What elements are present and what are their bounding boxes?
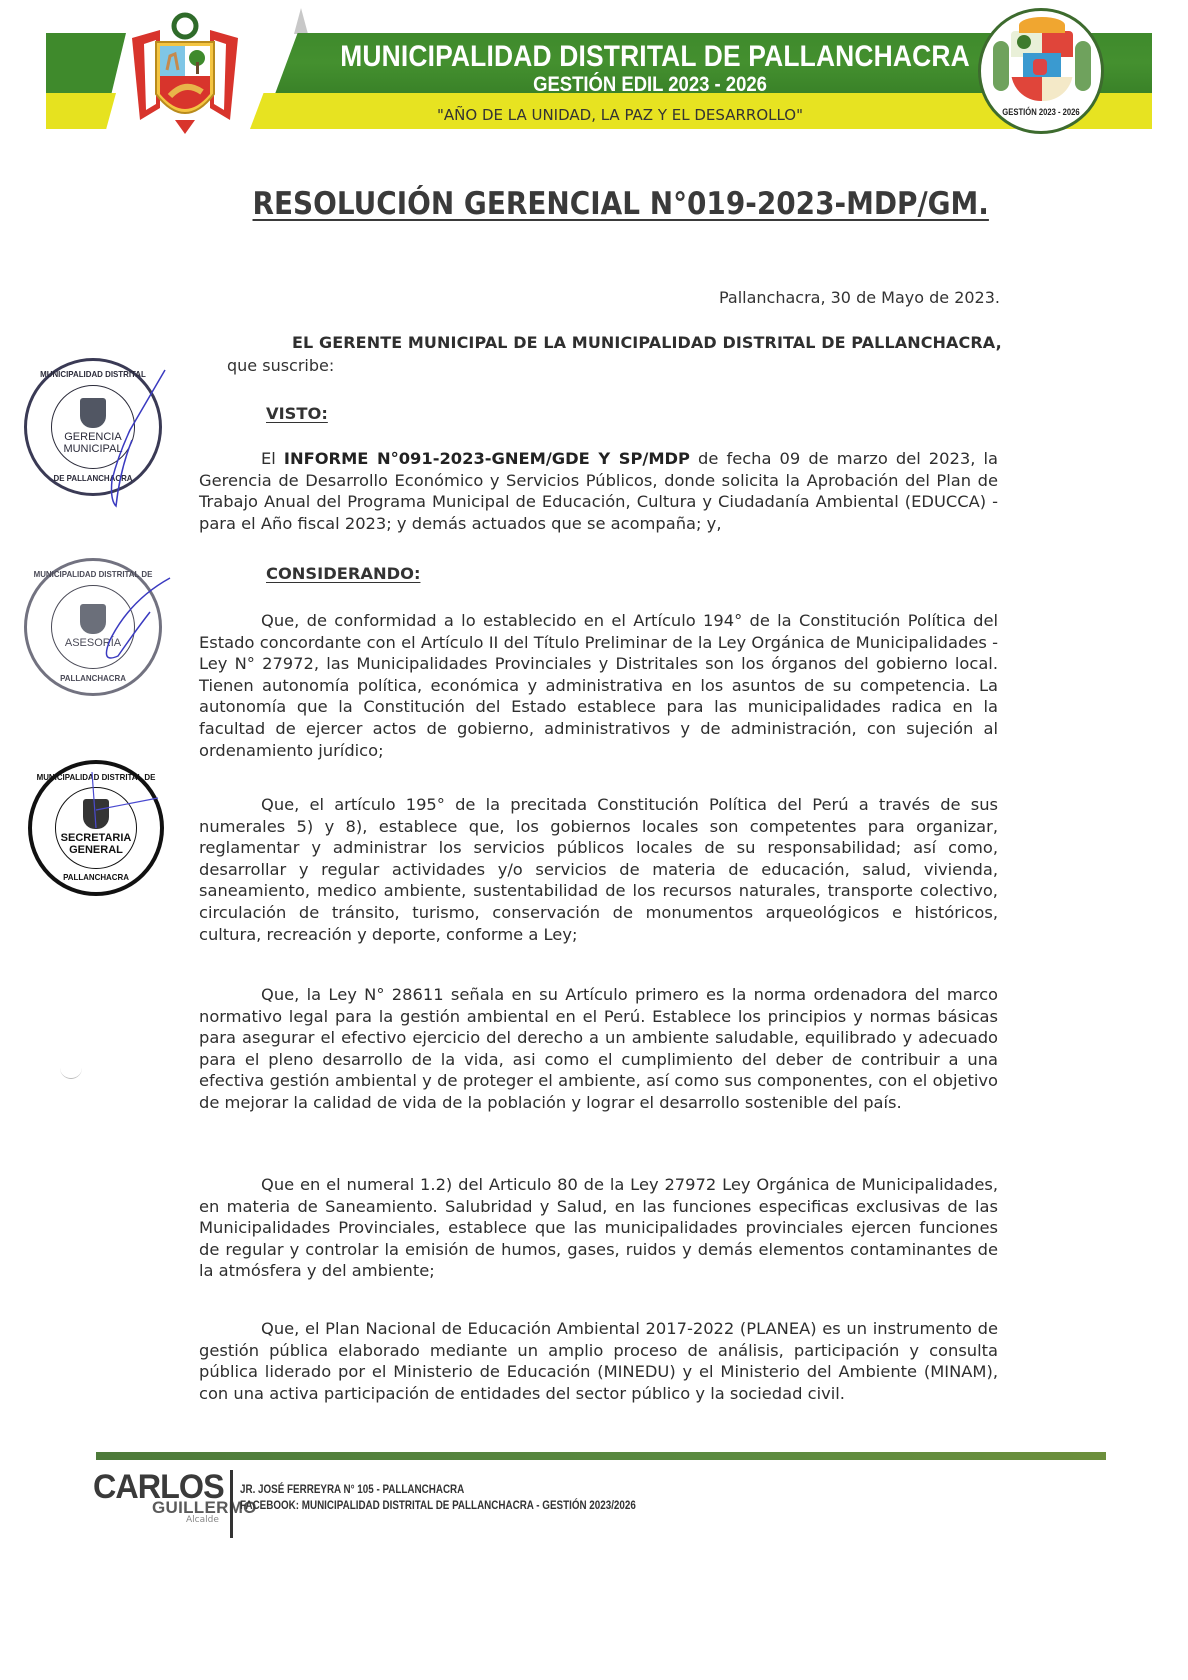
visto-pre: El — [261, 449, 284, 468]
signature-gerencia — [60, 360, 170, 510]
header-left-yellow-stripe — [46, 93, 116, 129]
signature-asesoria — [70, 560, 180, 670]
considerando-heading: CONSIDERANDO: — [266, 564, 420, 583]
footer-logo-role: Alcalde — [186, 1515, 219, 1525]
considerando-paragraph-1: Que, de conformidad a lo establecido en … — [199, 610, 998, 761]
signature-secretaria — [80, 770, 160, 830]
emblem-caption: GESTIÓN 2023 - 2026 — [990, 107, 1092, 117]
stamp-ring-text: PALLANCHACRA — [60, 675, 126, 684]
stamp-label: GENERAL — [69, 844, 123, 856]
header-title: MUNICIPALIDAD DISTRITAL DE PALLANCHACRA — [340, 40, 930, 74]
paragraph-text: Que, el Plan Nacional de Educación Ambie… — [199, 1319, 998, 1403]
informe-reference: INFORME N°091-2023-GNEM/GDE Y SP/MDP — [284, 449, 690, 468]
document-title: RESOLUCIÓN GERENCIAL N°019-2023-MDP/GM. — [253, 186, 946, 222]
considerando-paragraph-4: Que en el numeral 1.2) del Articulo 80 d… — [199, 1174, 998, 1282]
municipal-shield-icon — [1011, 31, 1073, 101]
place-date: Pallanchacra, 30 de Mayo de 2023. — [719, 288, 1000, 307]
visto-heading: VISTO: — [266, 404, 328, 423]
header-subtitle: GESTIÓN EDIL 2023 - 2026 — [448, 73, 853, 97]
peru-coat-of-arms-icon — [120, 8, 250, 138]
stamp-label: SECRETARIA — [61, 832, 132, 844]
considerando-paragraph-3: Que, la Ley N° 28611 señala en su Artícu… — [199, 984, 998, 1114]
header-motto: "AÑO DE LA UNIDAD, LA PAZ Y EL DESARROLL… — [380, 106, 860, 124]
leaf-left-icon — [993, 41, 1009, 91]
footer-facebook: FACEBOOK: MUNICIPALIDAD DISTRITAL DE PAL… — [240, 1497, 636, 1513]
footer-separator — [230, 1470, 233, 1538]
paragraph-text: Que en el numeral 1.2) del Articulo 80 d… — [199, 1175, 998, 1280]
header-grey-accent — [294, 8, 308, 34]
considerando-paragraph-2: Que, el artículo 195° de la precitada Co… — [199, 794, 998, 945]
scan-artifact — [60, 1068, 82, 1079]
header-left-green-stripe — [46, 33, 126, 93]
considerando-paragraph-5: Que, el Plan Nacional de Educación Ambie… — [199, 1318, 998, 1404]
municipal-emblem: GESTIÓN 2023 - 2026 — [978, 8, 1104, 134]
issuer-line: EL GERENTE MUNICIPAL DE LA MUNICIPALIDAD… — [292, 333, 1002, 352]
visto-paragraph: El INFORME N°091-2023-GNEM/GDE Y SP/MDP … — [199, 448, 998, 534]
footer-green-band — [96, 1452, 1106, 1460]
stamp-ring-text: PALLANCHACRA — [63, 874, 129, 883]
footer-address: JR. JOSÉ FERREYRA N° 105 - PALLANCHACRA — [240, 1481, 636, 1497]
sun-icon — [1019, 17, 1065, 33]
paragraph-text: Que, el artículo 195° de la precitada Co… — [199, 795, 998, 944]
issuer-line-rest: que suscribe: — [227, 356, 334, 375]
paragraph-text: Que, de conformidad a lo establecido en … — [199, 611, 998, 760]
leaf-right-icon — [1075, 41, 1091, 91]
paragraph-text: Que, la Ley N° 28611 señala en su Artícu… — [199, 985, 998, 1112]
footer-contact: JR. JOSÉ FERREYRA N° 105 - PALLANCHACRA … — [240, 1481, 636, 1513]
